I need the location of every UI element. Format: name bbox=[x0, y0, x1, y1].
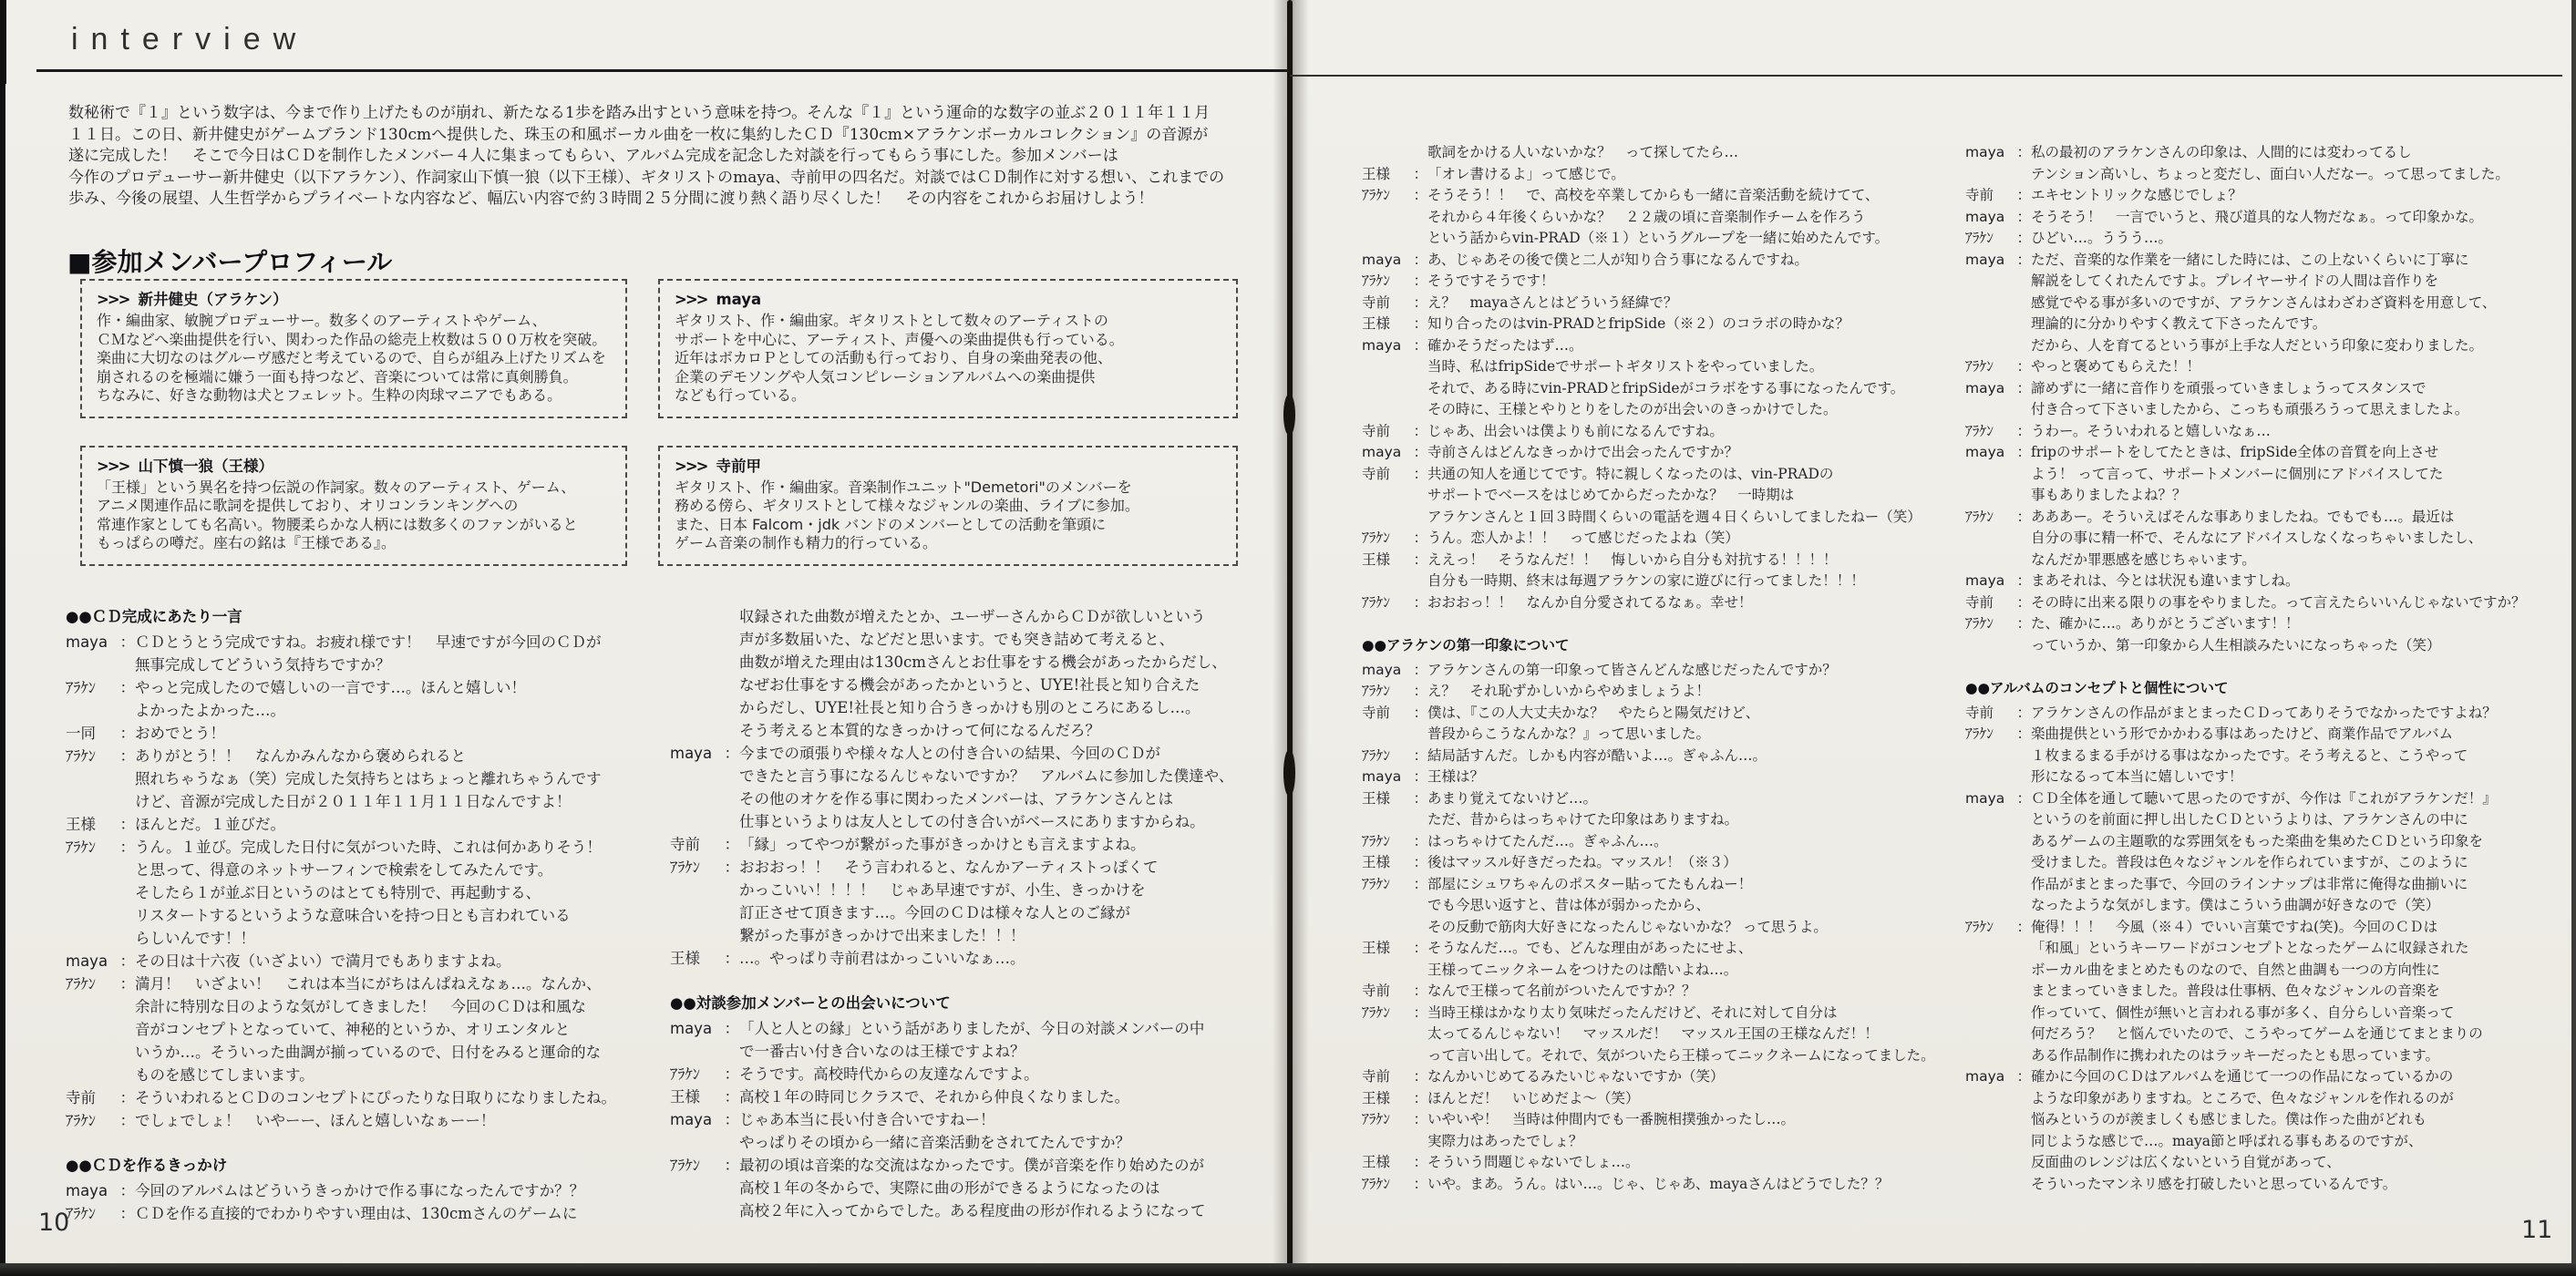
dialogue-line: ｱﾗｹﾝ：あああー。そういえばそんな事ありましたね。でもでも…。最近は 自分の事… bbox=[1965, 507, 2571, 571]
profile-card: >>>寺前甲 ギタリスト、作・編曲家。音楽制作ユニット"Demetori"のメン… bbox=[658, 446, 1238, 566]
speaker-colon: ： bbox=[725, 1063, 740, 1086]
speaker-colon: ： bbox=[1413, 250, 1427, 272]
speaker-colon: ： bbox=[2016, 703, 2031, 725]
scan-edge-right bbox=[2571, 0, 2576, 1276]
speaker-colon: ： bbox=[725, 833, 740, 856]
speaker-name: ｱﾗｹﾝ bbox=[1362, 874, 1390, 896]
dialogue-text: 満月！ いざよい！ これは本当にがちはんぱねえなぁ…。なんか、 余計に特別な日の… bbox=[135, 975, 602, 1084]
dialogue-text: そういう問題じゃないでしょ…。 bbox=[1427, 1154, 1640, 1170]
dialogue-text: なんかいじめてるみたいじゃないですか（笑） bbox=[1427, 1068, 1725, 1085]
fold-ink-blob bbox=[1283, 394, 1295, 436]
profile-name-text: maya bbox=[716, 291, 761, 308]
dialogue-text: ほんとだ。１並びだ。 bbox=[135, 816, 285, 833]
dialogue-text: いやいや！ 当時は仲間内でも一番腕相撲強かったし…。 実際力はあったでしょ？ bbox=[1427, 1111, 1795, 1149]
speaker-colon: ： bbox=[1413, 874, 1427, 896]
speaker-label: ｱﾗｹﾝ： bbox=[1965, 507, 2031, 529]
dialogue-text: エキセントリックな感じでしょ？ bbox=[2031, 187, 2242, 203]
dialogue-text: 当時王様はかなり太り気味だったんだけど、それに対して自分は 太ってるんじゃない！… bbox=[1427, 1004, 1935, 1064]
dialogue-line: ｱﾗｹﾝ：うわー。そういわれると嬉しいなぁ… bbox=[1965, 421, 2571, 443]
speaker-name: ｱﾗｹﾝ bbox=[1362, 528, 1390, 550]
dialogue-column-left-1: ●●ＣＤ完成にあたり一言 maya：ＣＤとうとう完成ですね。お疲れ様です！ 早速… bbox=[66, 605, 649, 1225]
speaker-label: 寺前： bbox=[66, 1086, 135, 1109]
dialogue-line: ｱﾗｹﾝ：満月！ いざよい！ これは本当にがちはんぱねえなぁ…。なんか、 余計に… bbox=[66, 972, 649, 1086]
speaker-label: 王様： bbox=[1362, 788, 1427, 810]
speaker-colon: ： bbox=[2016, 378, 2031, 400]
dialogue-text: …。やっぱり寺前君はかっこいいなぁ…。 bbox=[739, 950, 1025, 967]
dialogue-line: ｱﾗｹﾝ：え？ それ恥ずかしいからやめましょうよ！ bbox=[1362, 681, 1953, 703]
speaker-label: ｱﾗｹﾝ： bbox=[66, 676, 135, 699]
profile-bio: 「王様」という異名を持つ伝説の作詞家。数々のアーティスト、ゲーム、 アニメ関連作… bbox=[97, 478, 611, 553]
speaker-name: ｱﾗｹﾝ bbox=[1362, 271, 1390, 293]
header-rule-left bbox=[36, 69, 1289, 72]
dialogue-line: 寺前：じゃあ、出会いは僕よりも前になるんですね。 bbox=[1362, 421, 1953, 443]
speaker-colon: ： bbox=[1413, 1174, 1427, 1196]
speaker-label: 一同： bbox=[66, 722, 135, 745]
dialogue-text: あああー。そういえばそんな事ありましたね。でもでも…。最近は 自分の事に精一杯で… bbox=[2031, 509, 2482, 568]
dialogue-text: fripのサポートをしてたときは、fripSide全体の音質を向上させ よう！ … bbox=[2031, 444, 2443, 503]
speaker-colon: ： bbox=[120, 972, 136, 995]
speaker-label: ｱﾗｹﾝ： bbox=[1362, 831, 1427, 853]
speaker-label: ｱﾗｹﾝ： bbox=[1362, 746, 1427, 767]
profile-name-text: 新井健史（アラケン） bbox=[138, 291, 287, 308]
dialogue-text: 歌詞をかける人いないかな？ って探してたら… bbox=[1427, 144, 1738, 160]
dialogue-text: 諦めずに一緒に音作りを頑張っていきましょうってスタンスで 付き合って下さいました… bbox=[2031, 380, 2468, 418]
speaker-name: ｱﾗｹﾝ bbox=[1965, 228, 1994, 250]
dialogue-text: そうそう！！ で、高校を卒業してからも一緒に音楽活動を続けてて、 それから４年後… bbox=[1427, 187, 1889, 246]
page-number-left: 10 bbox=[38, 1209, 69, 1237]
speaker-name: ｱﾗｹﾝ bbox=[1965, 917, 1994, 939]
dialogue-line: 寺前：エキセントリックな感じでしょ？ bbox=[1965, 185, 2571, 207]
speaker-name: 寺前 bbox=[1965, 185, 1994, 207]
speaker-label: ｱﾗｹﾝ： bbox=[670, 1154, 739, 1177]
dialogue-line: maya：今回のアルバムはどういうきっかけで作る事になったんですか？？ bbox=[66, 1179, 649, 1202]
speaker-name: ｱﾗｹﾝ bbox=[66, 1202, 96, 1225]
profile-name-text: 寺前甲 bbox=[716, 458, 761, 475]
speaker-name: ｱﾗｹﾝ bbox=[670, 1154, 700, 1177]
profile-name: >>>山下慎一狼（王様） bbox=[97, 457, 611, 477]
speaker-label: 王様： bbox=[670, 1086, 739, 1108]
speaker-name: 寺前 bbox=[1362, 421, 1390, 443]
page-number-right: 11 bbox=[2521, 1216, 2552, 1244]
dialogue-line: 王様：ほんとだ。１並びだ。 bbox=[66, 813, 649, 836]
speaker-label: maya： bbox=[66, 950, 135, 972]
speaker-colon: ： bbox=[120, 836, 136, 859]
speaker-name: ｱﾗｹﾝ bbox=[1965, 356, 1994, 378]
speaker-colon: ： bbox=[2016, 207, 2031, 229]
dialogue-line: 寺前：「縁」ってやつが繋がった事がきっかけとも言えますよね。 bbox=[670, 833, 1264, 856]
scan-edge-left bbox=[0, 0, 5, 1276]
dialogue-text: ありがとう！！ なんかみんなから褒められると 照れちゃうなぁ（笑）完成した気持ち… bbox=[135, 747, 602, 810]
speaker-name: maya bbox=[1965, 207, 2004, 229]
speaker-name: ｱﾗｹﾝ bbox=[1965, 507, 1994, 529]
speaker-colon: ： bbox=[1413, 421, 1427, 443]
dialogue-line: 寺前：僕は、『この人大丈夫かな？ やたらと陽気だけど、 普段からこうなんかな？』… bbox=[1362, 703, 1953, 746]
dialogue-text: 確かに今回のＣＤはアルバムを通じて一つの作品になっているかの ような印象がありま… bbox=[2031, 1068, 2454, 1192]
dialogue-text: 結局話すんだ。しかも内容が酷いよ…。ぎゃふん…。 bbox=[1427, 747, 1767, 764]
speaker-name: 寺前 bbox=[1965, 592, 1994, 614]
speaker-label: maya： bbox=[670, 1108, 739, 1131]
speaker-name: 寺前 bbox=[1362, 981, 1390, 1003]
speaker-label: ｱﾗｹﾝ： bbox=[66, 1202, 135, 1225]
speaker-colon: ： bbox=[2016, 788, 2031, 810]
speaker-colon: ： bbox=[120, 631, 136, 653]
dialogue-line: maya：王様は？ bbox=[1362, 767, 1953, 788]
dialogue-text: そうですそうです！ bbox=[1427, 273, 1555, 289]
speaker-name: 寺前 bbox=[670, 833, 700, 856]
speaker-colon: ： bbox=[120, 1179, 136, 1202]
speaker-name: maya bbox=[670, 742, 712, 765]
speaker-name: ｱﾗｹﾝ bbox=[670, 856, 700, 879]
dialogue-line: maya：「人と人との縁」という話がありましたが、今日の対談メンバーの中 で一番… bbox=[670, 1017, 1264, 1063]
speaker-name: 王様 bbox=[66, 813, 96, 836]
dialogue-text: ひどい…。ううう…。 bbox=[2031, 230, 2172, 246]
dialogue-text: そうです。高校時代からの友達なんですよ。 bbox=[739, 1065, 1039, 1083]
speaker-name: ｱﾗｹﾝ bbox=[1362, 681, 1390, 703]
speaker-name: 王様 bbox=[1362, 1088, 1390, 1110]
speaker-name: maya bbox=[1362, 442, 1401, 464]
dialogue-text: じゃあ本当に長い付き合いですねー！ やっぱりその頃から一緒に音楽活動をされてたん… bbox=[739, 1111, 1130, 1151]
dialogue-text: 確かそうだったはず…。 当時、私はfripSideでサポートギタリストをやってい… bbox=[1427, 337, 1904, 418]
speaker-name: ｱﾗｹﾝ bbox=[1362, 746, 1390, 767]
speaker-label: 王様： bbox=[1362, 1152, 1427, 1174]
speaker-label: ｱﾗｹﾝ： bbox=[66, 972, 135, 995]
dialogue-line: maya：その日は十六夜（いざよい）で満月でもありますよね。 bbox=[66, 950, 649, 972]
speaker-colon: ： bbox=[1413, 703, 1427, 725]
speaker-name: ｱﾗｹﾝ bbox=[1965, 421, 1994, 443]
dialogue-line: ｱﾗｹﾝ：ありがとう！！ なんかみんなから褒められると 照れちゃうなぁ（笑）完成… bbox=[66, 745, 649, 813]
speaker-name: 寺前 bbox=[1362, 1066, 1390, 1088]
dialogue-text: うん。１並び。完成した日付に気がついた時、これは何かありそう！ と思って、得意の… bbox=[135, 839, 602, 947]
speaker-colon: ： bbox=[725, 1086, 740, 1108]
profiles-grid: >>>新井健史（アラケン） 作・編曲家、敏腕プロデューサー。数多くのアーティスト… bbox=[80, 279, 1238, 566]
speaker-name: 王様 bbox=[1362, 314, 1390, 335]
dialogue-text: 「人と人との縁」という話がありましたが、今日の対談メンバーの中 で一番古い付き合… bbox=[739, 1020, 1204, 1060]
speaker-colon: ： bbox=[120, 676, 136, 699]
speaker-colon: ： bbox=[1413, 1066, 1427, 1088]
speaker-name: maya bbox=[1965, 1066, 2004, 1088]
dialogue-text: 後はマッスル好きだったね。マッスル！（※３） bbox=[1427, 854, 1737, 870]
dialogue-line: ｱﾗｹﾝ：最初の頃は音楽的な交流はなかったです。僕が音楽を作り始めたのが 高校１… bbox=[670, 1154, 1264, 1222]
speaker-name: ｱﾗｹﾝ bbox=[1362, 831, 1390, 853]
speaker-label: 王様： bbox=[1362, 550, 1427, 571]
speaker-colon: ： bbox=[1413, 592, 1427, 614]
speaker-label: 王様： bbox=[1362, 852, 1427, 874]
profiles-section-title: ■参加メンバープロフィール bbox=[67, 242, 392, 279]
speaker-name: ｱﾗｹﾝ bbox=[1362, 1174, 1390, 1196]
dialogue-text: あ、じゃあその後で僕と二人が知り合う事になるんですね。 bbox=[1427, 252, 1808, 268]
speaker-colon: ： bbox=[1413, 746, 1427, 767]
speaker-colon: ： bbox=[1413, 314, 1427, 335]
dialogue-text: 楽曲提供という形でかかわる事はあったけど、商業作品でアルバム １枚まるまる手がけ… bbox=[2031, 725, 2468, 785]
dialogue-line: maya：アラケンさんの第一印象って皆さんどんな感じだったんですか？ bbox=[1362, 660, 1953, 682]
speaker-colon: ： bbox=[725, 742, 740, 765]
speaker-colon: ： bbox=[1413, 550, 1427, 571]
dialogue-column-left-2: 収録された曲数が増えたとか、ユーザーさんからＣＤが欲しいという 声が多数届いた、… bbox=[670, 605, 1264, 1222]
speaker-name: maya bbox=[1362, 250, 1401, 272]
speaker-name: ｱﾗｹﾝ bbox=[66, 745, 96, 767]
speaker-colon: ： bbox=[1413, 335, 1427, 357]
speaker-label: ｱﾗｹﾝ： bbox=[1362, 1109, 1427, 1131]
speaker-label: 寺前： bbox=[1362, 1066, 1427, 1088]
speaker-label: 王様： bbox=[1362, 1088, 1427, 1110]
dialogue-text: そういわれるとＣＤのコンセプトにぴったりな日取りになりましたね。 bbox=[135, 1089, 616, 1106]
dialogue-line: 寺前：アラケンさんの作品がまとまったＣＤってありそうでなかったですよね？ bbox=[1965, 703, 2571, 725]
speaker-label: ｱﾗｹﾝ： bbox=[1965, 917, 2031, 939]
speaker-name: maya bbox=[1965, 571, 2004, 592]
speaker-name: 一同 bbox=[66, 722, 96, 745]
dialogue-text: ええっ！ そうなんだ！！ 悔しいから自分も対抗する！！！！ 自分も一時期、終末は… bbox=[1427, 551, 1865, 590]
dialogue-line: 歌詞をかける人いないかな？ って探してたら… bbox=[1362, 142, 1953, 164]
speaker-colon: ： bbox=[1413, 528, 1427, 550]
speaker-label: 王様： bbox=[66, 813, 135, 836]
speaker-name: ｱﾗｹﾝ bbox=[1362, 592, 1390, 614]
speaker-label: maya： bbox=[66, 1179, 135, 1202]
dialogue-line: ｱﾗｹﾝ：た、確かに…。ありがとうございます！！ っていうか、第一印象から人生相… bbox=[1965, 613, 2571, 656]
speaker-colon: ： bbox=[725, 1108, 740, 1131]
speaker-name: 寺前 bbox=[1362, 703, 1390, 725]
speaker-label: maya： bbox=[1965, 1066, 2031, 1088]
speaker-name: 王様 bbox=[1362, 788, 1390, 810]
dialogue-line: maya：まあそれは、今とは状況も違いますしね。 bbox=[1965, 571, 2571, 592]
dialogue-line: ｱﾗｹﾝ：やっと完成したので嬉しいの一言です…。ほんと嬉しい！ よかったよかった… bbox=[66, 676, 649, 722]
dialogue-line: maya：私の最初のアラケンさんの印象は、人間的には変わってるし テンション高い… bbox=[1965, 142, 2571, 185]
profile-bio: ギタリスト、作・編曲家。ギタリストとして数々のアーティストの サポートを中心に、… bbox=[675, 312, 1221, 406]
chevrons-icon: >>> bbox=[97, 458, 129, 475]
dialogue-text: その時に出来る限りの事をやりました。って言えたらいいんじゃないですか？ bbox=[2031, 594, 2526, 611]
speaker-label: maya： bbox=[1362, 660, 1427, 682]
speaker-name: ｱﾗｹﾝ bbox=[66, 676, 96, 699]
dialogue-text: 部屋にシュワちゃんのポスター貼ってたもんねー！ でも今思い返すと、昔は体が弱かっ… bbox=[1427, 876, 1828, 935]
fold-ink-blob bbox=[1283, 749, 1295, 797]
section-heading: ●●アルバムのコンセプトと個性について bbox=[1965, 678, 2571, 700]
speaker-name: ｱﾗｹﾝ bbox=[66, 1109, 96, 1132]
dialogue-text: ＣＤとうとう完成ですね。お疲れ様です！ 早速ですが今回のＣＤが 無事完成してどう… bbox=[135, 633, 602, 674]
speaker-name: ｱﾗｹﾝ bbox=[670, 1063, 700, 1086]
speaker-label: maya： bbox=[1362, 250, 1427, 272]
speaker-label: maya： bbox=[1362, 442, 1427, 464]
dialogue-line: ｱﾗｹﾝ：そうですそうです！ bbox=[1362, 271, 1953, 293]
profile-name: >>>新井健史（アラケン） bbox=[97, 290, 611, 310]
speaker-label: ｱﾗｹﾝ： bbox=[1362, 185, 1427, 207]
speaker-label: maya： bbox=[1965, 442, 2031, 464]
dialogue-text: 王様は？ bbox=[1427, 768, 1484, 785]
dialogue-line: 寺前：共通の知人を通じてです。特に親しくなったのは、vin-PRADの サポート… bbox=[1362, 464, 1953, 529]
dialogue-line: maya：確かに今回のＣＤはアルバムを通じて一つの作品になっているかの ような印… bbox=[1965, 1066, 2571, 1195]
dialogue-line: maya：あ、じゃあその後で僕と二人が知り合う事になるんですね。 bbox=[1362, 250, 1953, 272]
dialogue-text: 「オレ書けるよ」って感じで。 bbox=[1427, 166, 1625, 182]
speaker-colon: ： bbox=[1413, 981, 1427, 1003]
speaker-label: ｱﾗｹﾝ： bbox=[1362, 528, 1427, 550]
speaker-name: ｱﾗｹﾝ bbox=[1362, 1109, 1390, 1131]
dialogue-text: ほんとだ！ いじめだよ～（笑） bbox=[1427, 1090, 1640, 1106]
speaker-label: maya： bbox=[1965, 378, 2031, 400]
speaker-label: ｱﾗｹﾝ： bbox=[1965, 228, 2031, 250]
dialogue-line: maya：確かそうだったはず…。 当時、私はfripSideでサポートギタリスト… bbox=[1362, 335, 1953, 421]
speaker-label: 王様： bbox=[1362, 938, 1427, 960]
speaker-label: maya： bbox=[1362, 335, 1427, 357]
speaker-colon: ： bbox=[120, 813, 136, 836]
dialogue-text: おおおっ！！ そう言われると、なんかアーティストっぽくて かっこいい！！！！ じ… bbox=[739, 859, 1159, 944]
speaker-colon: ： bbox=[1413, 1152, 1427, 1174]
speaker-colon: ： bbox=[2016, 592, 2031, 614]
dialogue-column-right-2: maya：私の最初のアラケンさんの印象は、人間的には変わってるし テンション高い… bbox=[1965, 142, 2571, 1195]
speaker-label: 寺前： bbox=[1362, 981, 1427, 1003]
dialogue-line: ｱﾗｹﾝ：いや。まあ。うん。はい…。じゃ、じゃあ、mayaさんはどうでした？？ bbox=[1362, 1174, 1953, 1196]
speaker-name: maya bbox=[1965, 142, 2004, 164]
speaker-colon: ： bbox=[725, 856, 740, 879]
speaker-colon: ： bbox=[120, 745, 136, 767]
dialogue-line: 王様：ええっ！ そうなんだ！！ 悔しいから自分も対抗する！！！！ 自分も一時期、… bbox=[1362, 550, 1953, 592]
speaker-label: maya： bbox=[1965, 142, 2031, 164]
dialogue-text: ＣＤを作る直接的でわかりやすい理由は、130cmさんのゲームに bbox=[135, 1205, 577, 1222]
speaker-name: ｱﾗｹﾝ bbox=[1362, 185, 1390, 207]
dialogue-line: 収録された曲数が増えたとか、ユーザーさんからＣＤが欲しいという 声が多数届いた、… bbox=[670, 605, 1264, 742]
speaker-name: 王様 bbox=[1362, 550, 1390, 571]
intro-paragraph: 数秘術で『１』という数字は、今まで作り上げたものが崩れ、新たなる1歩を踏み出すと… bbox=[68, 103, 1246, 211]
speaker-name: 寺前 bbox=[66, 1086, 96, 1109]
dialogue-line: ｱﾗｹﾝ：うん。恋人かよ！！ って感じだったよね（笑） bbox=[1362, 528, 1953, 550]
speaker-colon: ： bbox=[120, 1109, 136, 1132]
dialogue-text: いや。まあ。うん。はい…。じゃ、じゃあ、mayaさんはどうでした？？ bbox=[1427, 1176, 1889, 1192]
speaker-label: ｱﾗｹﾝ： bbox=[66, 1109, 135, 1132]
dialogue-line: ｱﾗｹﾝ：おおおっ！！ なんか自分愛されてるなぁ。幸せ！ bbox=[1362, 592, 1953, 614]
dialogue-line: 王様：…。やっぱり寺前君はかっこいいなぁ…。 bbox=[670, 947, 1264, 970]
dialogue-line: ｱﾗｹﾝ：ひどい…。ううう…。 bbox=[1965, 228, 2571, 250]
speaker-label: 寺前： bbox=[1965, 703, 2031, 725]
dialogue-line: ｱﾗｹﾝ：楽曲提供という形でかかわる事はあったけど、商業作品でアルバム １枚まる… bbox=[1965, 724, 2571, 788]
dialogue-line: ｱﾗｹﾝ：俺得！！！ 今風（※４）でいい言葉ですね(笑)。今回のＣＤは 「和風」… bbox=[1965, 917, 2571, 1067]
dialogue-line: ｱﾗｹﾝ：でしょでしょ！ いやーー、ほんと嬉しいなぁーー！ bbox=[66, 1109, 649, 1132]
dialogue-line: ｱﾗｹﾝ：いやいや！ 当時は仲間内でも一番腕相撲強かったし…。 実際力はあったで… bbox=[1362, 1109, 1953, 1152]
speaker-colon: ： bbox=[1413, 938, 1427, 960]
speaker-label: 寺前： bbox=[1362, 464, 1427, 486]
dialogue-text: そうなんだ…。でも、どんな理由があったにせよ、 王様ってニックネームをつけたのは… bbox=[1427, 940, 1752, 978]
dialogue-text: 知り合ったのはvin-PRADとfripSide（※２）のコラボの時かな？ bbox=[1427, 315, 1850, 332]
dialogue-text: アラケンさんの作品がまとまったＣＤってありそうでなかったですよね？ bbox=[2031, 705, 2497, 721]
speaker-colon: ： bbox=[2016, 142, 2031, 164]
speaker-colon: ： bbox=[120, 1086, 136, 1109]
dialogue-text: うわー。そういわれると嬉しいなぁ… bbox=[2031, 423, 2271, 439]
speaker-colon: ： bbox=[2016, 507, 2031, 529]
speaker-name: 王様 bbox=[1362, 164, 1390, 186]
speaker-colon: ： bbox=[1413, 293, 1427, 314]
speaker-name: ｱﾗｹﾝ bbox=[1965, 613, 1994, 635]
section-heading: ●●アラケンの第一印象について bbox=[1362, 635, 1953, 657]
dialogue-text: ＣＤ全体を通して聴いて思ったのですが、今作は『これがアラケンだ！』 というのを前… bbox=[2031, 790, 2497, 914]
dialogue-text: 「縁」ってやつが繋がった事がきっかけとも言えますよね。 bbox=[739, 836, 1146, 853]
speaker-label: maya： bbox=[1965, 250, 2031, 272]
profile-name: >>>寺前甲 bbox=[675, 457, 1221, 477]
dialogue-column-right-1: 歌詞をかける人いないかな？ って探してたら… 王様：「オレ書けるよ」って感じで。… bbox=[1362, 142, 1953, 1195]
speaker-name: ｱﾗｹﾝ bbox=[66, 972, 96, 995]
dialogue-line: ｱﾗｹﾝ：そうそう！！ で、高校を卒業してからも一緒に音楽活動を続けてて、 それ… bbox=[1362, 185, 1953, 250]
speaker-name: maya bbox=[1965, 442, 2004, 464]
speaker-colon: ： bbox=[725, 947, 740, 970]
chevrons-icon: >>> bbox=[97, 291, 129, 308]
speaker-label: 寺前： bbox=[670, 833, 739, 856]
speaker-name: 王様 bbox=[1362, 1152, 1390, 1174]
speaker-label: ｱﾗｹﾝ： bbox=[1362, 1003, 1427, 1024]
page-fold bbox=[1287, 0, 1293, 1276]
profile-name: >>>maya bbox=[675, 290, 1221, 310]
dialogue-line: 寺前：え？ mayaさんとはどういう経緯で？ bbox=[1362, 293, 1953, 314]
speaker-colon: ： bbox=[1413, 442, 1427, 464]
speaker-label: 寺前： bbox=[1362, 293, 1427, 314]
dialogue-line: maya：諦めずに一緒に音作りを頑張っていきましょうってスタンスで 付き合って下… bbox=[1965, 378, 2571, 421]
speaker-label: ｱﾗｹﾝ： bbox=[1362, 592, 1427, 614]
speaker-label: ｱﾗｹﾝ： bbox=[670, 856, 739, 879]
dialogue-text: やっと褒めてもらえた！！ bbox=[2031, 358, 2200, 375]
speaker-label: maya： bbox=[670, 742, 739, 765]
speaker-name: ｱﾗｹﾝ bbox=[66, 836, 96, 859]
speaker-colon: ： bbox=[2016, 228, 2031, 250]
speaker-name: ｱﾗｹﾝ bbox=[1362, 1003, 1390, 1024]
speaker-label: maya： bbox=[1965, 207, 2031, 229]
profile-bio: 作・編曲家、敏腕プロデューサー。数多くのアーティストやゲーム、 ＣＭなどへ楽曲提… bbox=[97, 312, 611, 406]
dialogue-line: ｱﾗｹﾝ：結局話すんだ。しかも内容が酷いよ…。ぎゃふん…。 bbox=[1362, 746, 1953, 767]
dialogue-text: え？ mayaさんとはどういう経緯で？ bbox=[1427, 294, 1677, 311]
dialogue-text: 私の最初のアラケンさんの印象は、人間的には変わってるし テンション高いし、ちょっ… bbox=[2031, 144, 2509, 182]
profile-card: >>>maya ギタリスト、作・編曲家。ギタリストとして数々のアーティストの サ… bbox=[658, 279, 1238, 418]
speaker-colon: ： bbox=[725, 1017, 740, 1040]
speaker-name: maya bbox=[1965, 378, 2004, 400]
speaker-colon: ： bbox=[2016, 421, 2031, 443]
dialogue-line: ｱﾗｹﾝ：そうです。高校時代からの友達なんですよ。 bbox=[670, 1063, 1264, 1086]
dialogue-line: ｱﾗｹﾝ：ＣＤを作る直接的でわかりやすい理由は、130cmさんのゲームに bbox=[66, 1202, 649, 1225]
dialogue-line: 王様：ほんとだ！ いじめだよ～（笑） bbox=[1362, 1088, 1953, 1110]
speaker-colon: ： bbox=[1413, 1003, 1427, 1024]
speaker-label: maya： bbox=[1965, 571, 2031, 592]
speaker-colon: ： bbox=[1413, 660, 1427, 682]
speaker-colon: ： bbox=[120, 1202, 136, 1225]
dialogue-text: た、確かに…。ありがとうございます！！ っていうか、第一印象から人生相談みたいに… bbox=[2031, 615, 2441, 653]
profile-card: >>>新井健史（アラケン） 作・編曲家、敏腕プロデューサー。数多くのアーティスト… bbox=[80, 279, 627, 418]
dialogue-text: じゃあ、出会いは僕よりも前になるんですね。 bbox=[1427, 423, 1724, 439]
dialogue-text: はっちゃけてたんだ…。ぎゃふん…。 bbox=[1427, 833, 1668, 849]
dialogue-text: 高校１年の時同じクラスで、それから仲良くなりました。 bbox=[739, 1088, 1129, 1106]
dialogue-line: 王様：知り合ったのはvin-PRADとfripSide（※２）のコラボの時かな？ bbox=[1362, 314, 1953, 335]
dialogue-line: maya：ＣＤ全体を通して聴いて思ったのですが、今作は『これがアラケンだ！』 と… bbox=[1965, 788, 2571, 917]
speaker-label: ｱﾗｹﾝ： bbox=[66, 745, 135, 767]
dialogue-line: ｱﾗｹﾝ：はっちゃけてたんだ…。ぎゃふん…。 bbox=[1362, 831, 1953, 853]
speaker-label: ｱﾗｹﾝ： bbox=[1965, 724, 2031, 746]
dialogue-text: おめでとう！ bbox=[135, 725, 225, 742]
dialogue-text: やっと完成したので嬉しいの一言です…。ほんと嬉しい！ よかったよかった…。 bbox=[135, 679, 526, 719]
speaker-colon: ： bbox=[725, 1154, 740, 1177]
dialogue-text: なんで王様って名前がついたんですか？？ bbox=[1427, 983, 1696, 999]
dialogue-line: maya：寺前さんはどんなきっかけで出会ったんですか？ bbox=[1362, 442, 1953, 464]
speaker-label: ｱﾗｹﾝ： bbox=[66, 836, 135, 859]
dialogue-text: 収録された曲数が増えたとか、ユーザーさんからＣＤが欲しいという 声が多数届いた、… bbox=[739, 608, 1227, 739]
speaker-colon: ： bbox=[120, 950, 136, 972]
speaker-colon: ： bbox=[2016, 442, 2031, 464]
speaker-colon: ： bbox=[1413, 681, 1427, 703]
dialogue-text: あまり覚えてないけど…。 ただ、昔からはっちゃけてた印象はありますね。 bbox=[1427, 790, 1738, 828]
speaker-label: maya： bbox=[1362, 767, 1427, 788]
speaker-colon: ： bbox=[2016, 250, 2031, 272]
speaker-colon: ： bbox=[2016, 917, 2031, 939]
header-rule-right bbox=[1290, 75, 2562, 77]
speaker-name: maya bbox=[1965, 788, 2004, 810]
speaker-name: 王様 bbox=[670, 1086, 700, 1108]
section-heading: ●●ＣＤ完成にあたり一言 bbox=[66, 605, 649, 628]
dialogue-line: maya：そうそう！ 一言でいうと、飛び道具的な人物だなぁ。って印象かな。 bbox=[1965, 207, 2571, 229]
section-heading: ●●ＣＤを作るきっかけ bbox=[66, 1154, 649, 1177]
profile-card: >>>山下慎一狼（王様） 「王様」という異名を持つ伝説の作詞家。数々のアーティス… bbox=[80, 446, 627, 566]
speaker-name: 寺前 bbox=[1362, 293, 1390, 314]
speaker-colon: ： bbox=[1413, 1088, 1427, 1110]
dialogue-text: でしょでしょ！ いやーー、ほんと嬉しいなぁーー！ bbox=[135, 1112, 495, 1129]
